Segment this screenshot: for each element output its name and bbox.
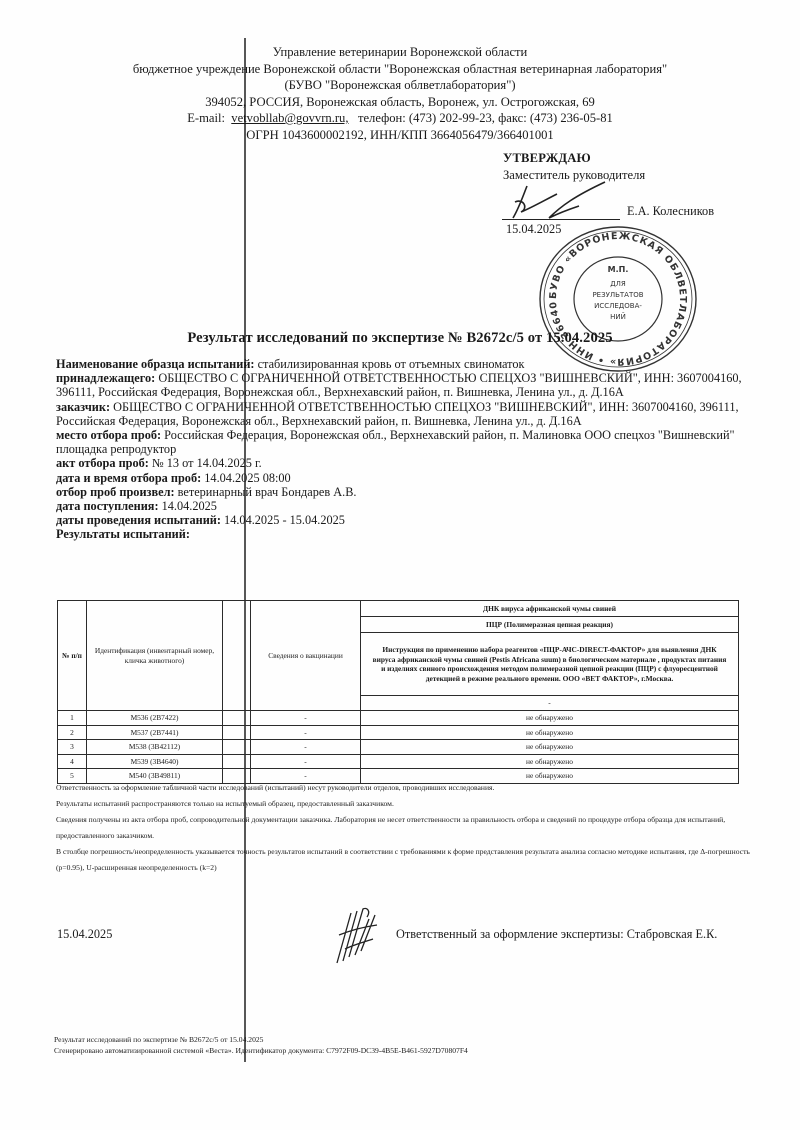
info-sampling-act: акт отбора проб: № 13 от 14.04.2025 г. <box>56 456 756 470</box>
approval-title: УТВЕРЖДАЮ <box>503 150 645 167</box>
document-meta: Результат исследований по экспертизе № В… <box>54 1034 468 1056</box>
info-sampled-by: отбор проб произвел: ветеринарный врач Б… <box>56 485 756 499</box>
col-header-vaccination: Сведения о вакцинации <box>251 601 361 711</box>
cell-ident: М539 (3В4640) <box>87 754 223 769</box>
svg-text:ИССЛЕДОВА-: ИССЛЕДОВА- <box>594 302 642 310</box>
cell-extra <box>223 725 251 740</box>
table-row: 1 М536 (2В7422) - не обнаружено <box>58 711 739 726</box>
col-header-num: № п/п <box>58 601 87 711</box>
letterhead-institution: бюджетное учреждение Воронежской области… <box>0 61 800 78</box>
table-row: 4 М539 (3В4640) - не обнаружено <box>58 754 739 769</box>
cell-num: 3 <box>58 740 87 755</box>
responsible-person: Ответственный за оформление экспертизы: … <box>396 927 717 942</box>
info-owner: принадлежащего: ОБЩЕСТВО С ОГРАНИЧЕННОЙ … <box>56 371 756 399</box>
svg-text:М.П.: М.П. <box>608 265 629 274</box>
cell-result: не обнаружено <box>361 740 739 755</box>
info-sampling-place: место отбора проб: Российская Федерация,… <box>56 428 756 456</box>
footer-date: 15.04.2025 <box>57 927 112 942</box>
col-header-instruction: Инструкция по применению набора реагенто… <box>361 633 739 696</box>
col-header-extra <box>223 601 251 711</box>
sample-info: Наименование образца испытаний: стабилиз… <box>56 357 756 542</box>
cell-extra <box>223 711 251 726</box>
table-row: 3 М538 (3В42112) - не обнаружено <box>58 740 739 755</box>
document-title: Результат исследований по экспертизе № В… <box>0 330 800 347</box>
cell-extra <box>223 740 251 755</box>
document-page: Управление ветеринарии Воронежской облас… <box>0 0 800 1130</box>
letterhead-authority: Управление ветеринарии Воронежской облас… <box>0 44 800 61</box>
col-header-uncertainty: - <box>361 696 739 711</box>
cell-vaccination: - <box>251 754 361 769</box>
cell-extra <box>223 754 251 769</box>
cell-num: 2 <box>58 725 87 740</box>
cell-ident: М537 (2В7441) <box>87 725 223 740</box>
cell-num: 4 <box>58 754 87 769</box>
cell-vaccination: - <box>251 740 361 755</box>
letterhead-registration: ОГРН 1043600002192, ИНН/КПП 3664056479/3… <box>0 127 800 144</box>
approval-signer: Е.А. Колесников <box>627 204 714 219</box>
note-uncertainty: В столбце погрешность/неопределенность у… <box>56 844 756 876</box>
notes: Ответственность за оформление табличной … <box>56 780 756 876</box>
cell-ident: М538 (3В42112) <box>87 740 223 755</box>
col-header-method: ПЦР (Полимеразная цепная реакция) <box>361 617 739 633</box>
info-received-date: дата поступления: 14.04.2025 <box>56 499 756 513</box>
note-sampling-source: Сведения получены из акта отбора проб, с… <box>56 812 756 844</box>
signature-approver-icon <box>505 178 625 222</box>
phone-fax: телефон: (473) 202-99-23, факс: (473) 23… <box>358 111 613 125</box>
cell-vaccination: - <box>251 711 361 726</box>
letterhead-address: 394052, РОССИЯ, Воронежская область, Вор… <box>0 94 800 111</box>
info-sampling-datetime: дата и время отбора проб: 14.04.2025 08:… <box>56 471 756 485</box>
svg-text:НИЙ: НИЙ <box>610 312 626 321</box>
cell-result: не обнаружено <box>361 711 739 726</box>
col-header-test: ДНК вируса африканской чумы свиней <box>361 601 739 617</box>
official-stamp-icon: БУВО «ВОРОНЕЖСКАЯ ОБЛВЕТЛАБОРАТОРИЯ» • И… <box>535 224 701 374</box>
cell-num: 1 <box>58 711 87 726</box>
letterhead-contacts: E-mail: vetvobllab@govvrn.ru, телефон: (… <box>0 110 800 127</box>
cell-result: не обнаружено <box>361 725 739 740</box>
results-table: № п/п Идентификация (инвентарный номер, … <box>57 600 739 784</box>
note-responsibility: Ответственность за оформление табличной … <box>56 780 756 796</box>
scan-artifact-line <box>244 38 246 1062</box>
email-label: E-mail: <box>187 111 225 125</box>
approval-signature-line <box>502 219 620 220</box>
cell-result: не обнаружено <box>361 754 739 769</box>
signature-responsible-icon <box>333 905 379 967</box>
meta-generated-id: Сгенерировано автоматизированной системо… <box>54 1045 468 1056</box>
info-sample-name: Наименование образца испытаний: стабилиз… <box>56 357 756 371</box>
cell-ident: М536 (2В7422) <box>87 711 223 726</box>
letterhead-short-name: (БУВО "Воронежская облветлаборатория") <box>0 77 800 94</box>
table-row: 2 М537 (2В7441) - не обнаружено <box>58 725 739 740</box>
info-results-heading: Результаты испытаний: <box>56 527 756 541</box>
letterhead: Управление ветеринарии Воронежской облас… <box>0 44 800 143</box>
svg-text:ДЛЯ: ДЛЯ <box>610 280 626 288</box>
note-scope: Результаты испытаний распространяются то… <box>56 796 756 812</box>
info-test-dates: даты проведения испытаний: 14.04.2025 - … <box>56 513 756 527</box>
col-header-ident: Идентификация (инвентарный номер, кличка… <box>87 601 223 711</box>
email-link[interactable]: vetvobllab@govvrn.ru, <box>231 111 348 125</box>
cell-vaccination: - <box>251 725 361 740</box>
info-customer: заказчик: ОБЩЕСТВО С ОГРАНИЧЕННОЙ ОТВЕТС… <box>56 400 756 428</box>
svg-text:РЕЗУЛЬТАТОВ: РЕЗУЛЬТАТОВ <box>592 291 643 299</box>
meta-result-ref: Результат исследований по экспертизе № В… <box>54 1034 468 1045</box>
